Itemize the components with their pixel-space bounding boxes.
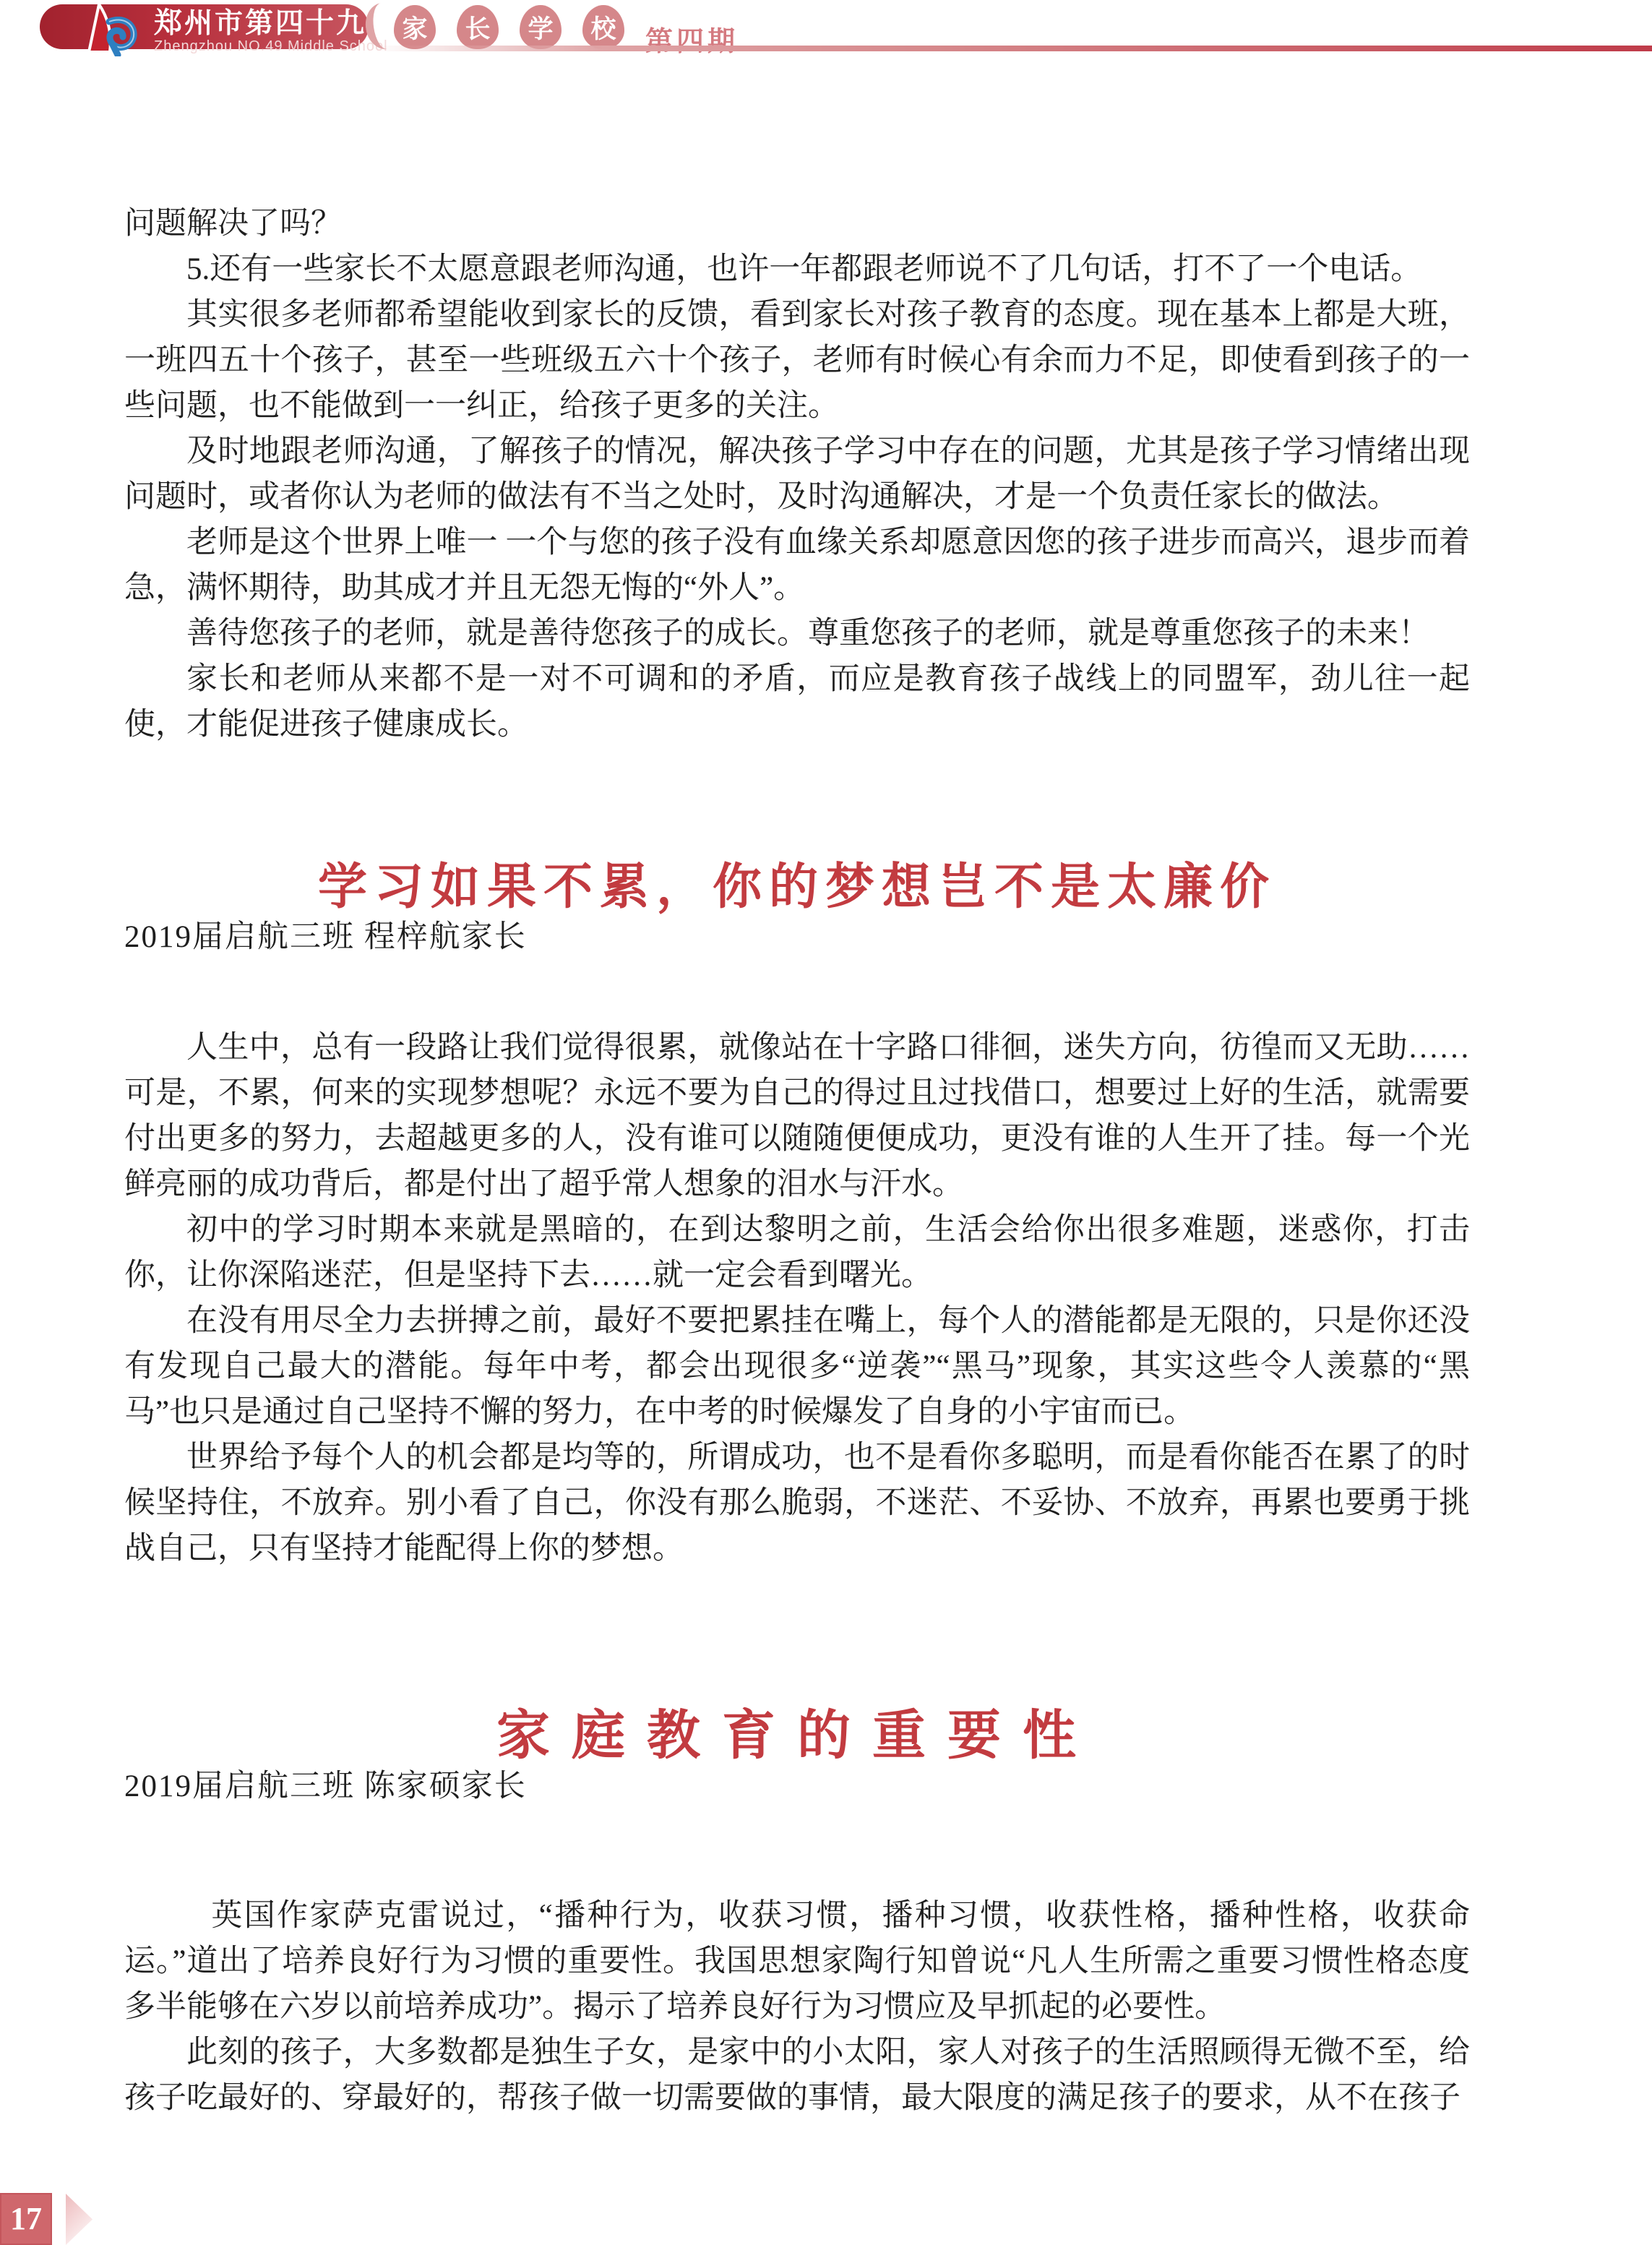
article-1-body: 人生中，总有一段路让我们觉得很累，就像站在十字路口徘徊，迷失方向，彷徨而又无助…… <box>124 1025 1470 1571</box>
page-content: 问题解决了吗？ 5.还有一些家长不太愿意跟老师沟通，也许一年都跟老师说不了几句话… <box>124 201 1470 2121</box>
school-banner: 郑州市第四十九中学 Zhengzhou NO.49 Middle School <box>40 4 369 49</box>
badge-jia: 家 <box>394 5 436 49</box>
page-number: 17 <box>10 2203 42 2235</box>
article-2-title: 家庭教育的重要性 <box>124 1709 1470 1764</box>
intro-paragraph: 5.还有一些家长不太愿意跟老师沟通，也许一年都跟老师说不了几句话，打不了一个电话… <box>124 246 1470 292</box>
intro-paragraph: 其实很多老师都希望能收到家长的反馈，看到家长对孩子教育的态度。现在基本上都是大班… <box>124 292 1470 429</box>
intro-paragraph: 问题解决了吗？ <box>124 201 1470 246</box>
badge-xiao: 校 <box>582 5 624 49</box>
intro-paragraph: 及时地跟老师沟通，了解孩子的情况，解决孩子学习中存在的问题，尤其是孩子学习情绪出… <box>124 429 1470 520</box>
article-2-body: 英国作家萨克雷说过，“播种行为，收获习惯，播种习惯，收获性格，播种性格，收获命运… <box>124 1893 1470 2121</box>
footer-triangle-decoration <box>66 2194 93 2245</box>
article-1-paragraph: 在没有用尽全力去拼搏之前，最好不要把累挂在嘴上，每个人的潜能都是无限的，只是你还… <box>124 1298 1470 1435</box>
intro-paragraph: 老师是这个世界上唯一 一个与您的孩子没有血缘关系却愿意因您的孩子进步而高兴，退步… <box>124 520 1470 611</box>
article-2-paragraph: 此刻的孩子，大多数都是独生子女，是家中的小太阳，家人对孩子的生活照顾得无微不至，… <box>124 2030 1470 2121</box>
school-logo-icon <box>67 0 147 56</box>
badge-xue: 学 <box>520 5 562 49</box>
article-1-title: 学习如果不累，你的梦想岂不是太廉价 <box>124 859 1470 914</box>
issue-label: 第四期 <box>645 19 739 59</box>
parent-school-badges: 家 长 学 校 <box>394 5 624 49</box>
article-2-paragraph: 英国作家萨克雷说过，“播种行为，收获习惯，播种习惯，收获性格，播种性格，收获命运… <box>124 1893 1470 2030</box>
intro-paragraph: 家长和老师从来都不是一对不可调和的矛盾，而应是教育孩子战线上的同盟军，劲儿往一起… <box>124 656 1470 747</box>
header-rule-line <box>374 46 1652 51</box>
badge-zhang: 长 <box>457 5 499 49</box>
article-1-paragraph: 人生中，总有一段路让我们觉得很累，就像站在十字路口徘徊，迷失方向，彷徨而又无助…… <box>124 1025 1470 1207</box>
intro-section: 问题解决了吗？ 5.还有一些家长不太愿意跟老师沟通，也许一年都跟老师说不了几句话… <box>124 201 1470 747</box>
article-1: 学习如果不累，你的梦想岂不是太廉价 2019届启航三班 程梓航家长 人生中，总有… <box>124 859 1470 1571</box>
page-number-box: 17 <box>0 2193 52 2245</box>
article-2: 家庭教育的重要性 2019届启航三班 陈家硕家长 英国作家萨克雷说过，“播种行为… <box>124 1709 1470 2121</box>
article-1-byline: 2019届启航三班 程梓航家长 <box>124 914 1470 960</box>
article-1-paragraph: 初中的学习时期本来就是黑暗的，在到达黎明之前，生活会给你出很多难题，迷惑你，打击… <box>124 1207 1470 1298</box>
article-1-paragraph: 世界给予每个人的机会都是均等的，所谓成功，也不是看你多聪明，而是看你能否在累了的… <box>124 1435 1470 1571</box>
newsletter-page: 郑州市第四十九中学 Zhengzhou NO.49 Middle School … <box>0 0 1652 2245</box>
intro-paragraph: 善待您孩子的老师，就是善待您孩子的成长。尊重您孩子的老师，就是尊重您孩子的未来！ <box>124 611 1470 656</box>
article-2-byline: 2019届启航三班 陈家硕家长 <box>124 1764 1470 1809</box>
